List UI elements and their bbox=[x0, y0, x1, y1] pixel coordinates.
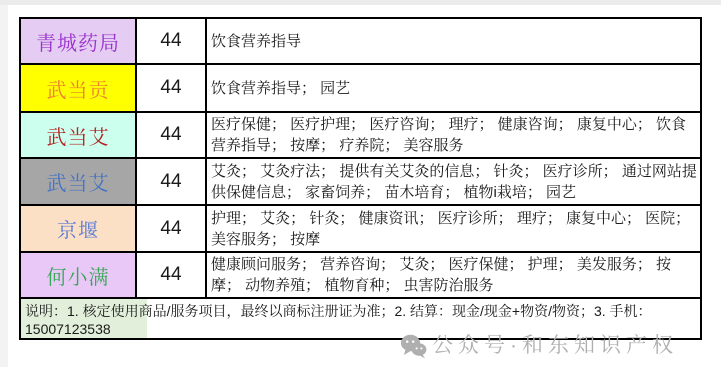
class-number-cell: 44 bbox=[136, 205, 206, 252]
table-row: 青城药局 44 饮食营养指导 bbox=[20, 18, 701, 64]
watermark: 公众号·和东知识产权 bbox=[400, 333, 678, 359]
trademark-name-cell: 武当艾 bbox=[20, 158, 136, 205]
table-row: 京堰 44 护理； 艾灸； 针灸； 健康资讯； 医疗诊所； 理疗； 康复中心； … bbox=[20, 205, 701, 252]
services-cell: 艾灸； 艾灸疗法； 提供有关艾灸的信息； 针灸； 医疗诊所； 通过网站提供保健信… bbox=[206, 158, 701, 205]
table-row: 武当艾 44 艾灸； 艾灸疗法； 提供有关艾灸的信息； 针灸； 医疗诊所； 通过… bbox=[20, 158, 701, 205]
services-cell: 饮食营养指导； 园艺 bbox=[206, 64, 701, 112]
top-edge-strip bbox=[0, 0, 721, 5]
trademark-name-cell: 何小满 bbox=[20, 252, 136, 298]
trademark-table: 青城药局 44 饮食营养指导 武当贡 44 饮食营养指导； 园艺 武当艾 44 … bbox=[19, 17, 702, 340]
services-cell: 健康顾问服务； 营养咨询； 艾灸； 医疗保健； 护理； 美发服务； 按摩； 动物… bbox=[206, 252, 701, 298]
table-row: 武当贡 44 饮食营养指导； 园艺 bbox=[20, 64, 701, 112]
left-edge-strip bbox=[0, 5, 8, 367]
services-cell: 护理； 艾灸； 针灸； 健康资讯； 医疗诊所； 理疗； 康复中心； 医院； 美容… bbox=[206, 205, 701, 252]
trademark-name-cell: 武当贡 bbox=[20, 64, 136, 112]
trademark-name-cell: 武当艾 bbox=[20, 112, 136, 158]
class-number-cell: 44 bbox=[136, 252, 206, 298]
wechat-icon bbox=[400, 333, 427, 359]
trademark-name-cell: 青城药局 bbox=[20, 18, 136, 64]
page: 青城药局 44 饮食营养指导 武当贡 44 饮食营养指导； 园艺 武当艾 44 … bbox=[0, 0, 721, 367]
class-number-cell: 44 bbox=[136, 64, 206, 112]
class-number-cell: 44 bbox=[136, 112, 206, 158]
class-number-cell: 44 bbox=[136, 158, 206, 205]
services-cell: 饮食营养指导 bbox=[206, 18, 701, 64]
table-row: 何小满 44 健康顾问服务； 营养咨询； 艾灸； 医疗保健； 护理； 美发服务；… bbox=[20, 252, 701, 298]
table-row: 武当艾 44 医疗保健； 医疗护理； 医疗咨询； 理疗； 健康咨询； 康复中心；… bbox=[20, 112, 701, 158]
services-cell: 医疗保健； 医疗护理； 医疗咨询； 理疗； 健康咨询； 康复中心； 饮食营养指导… bbox=[206, 112, 701, 158]
trademark-name-cell: 京堰 bbox=[20, 205, 136, 252]
watermark-text: 公众号·和东知识产权 bbox=[432, 334, 678, 358]
class-number-cell: 44 bbox=[136, 18, 206, 64]
